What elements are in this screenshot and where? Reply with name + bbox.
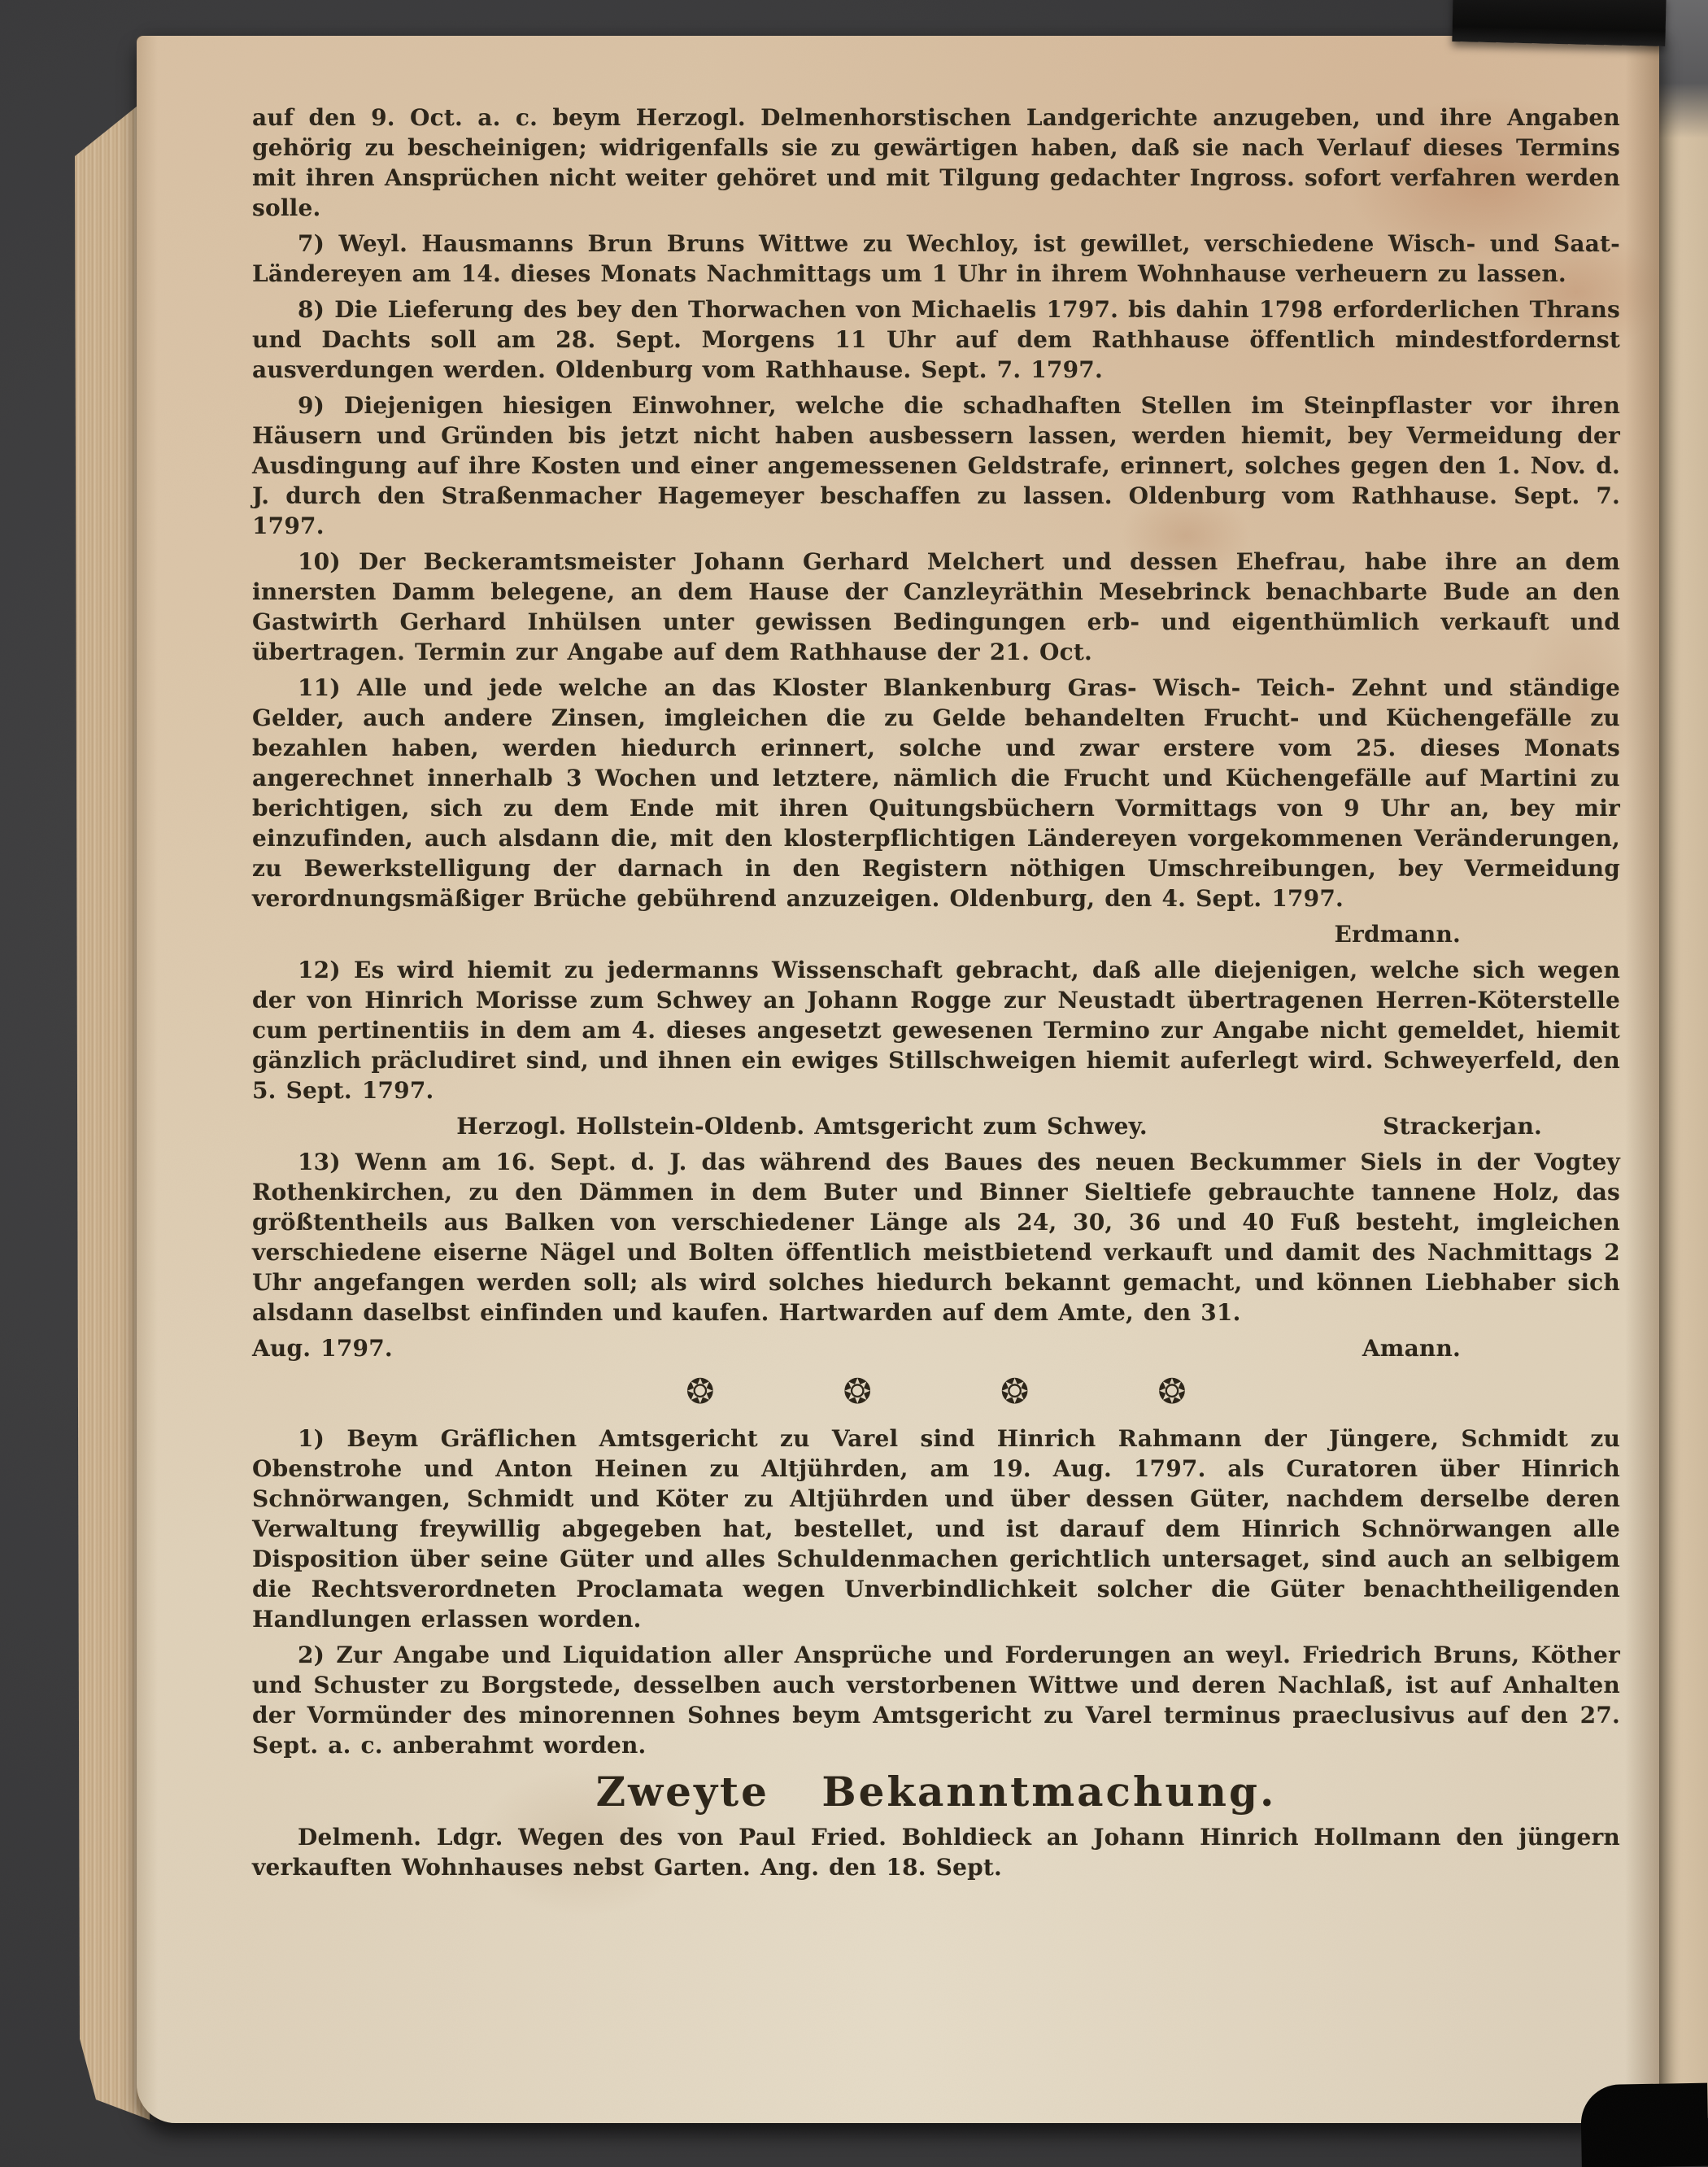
scanned-book-photo: auf den 9. Oct. a. c. beym Herzogl. Delm… bbox=[0, 0, 1708, 2167]
closing-notice: Delmenh. Ldgr. Wegen des von Paul Fried.… bbox=[252, 1822, 1620, 1882]
section-heading: Zweyte Bekanntmachung. bbox=[252, 1768, 1620, 1816]
rosette-ornament-icon: ❂ bbox=[686, 1373, 714, 1411]
next-page-sliver bbox=[1656, 42, 1708, 2118]
varel-announcement-1: 1) Beym Gräflichen Amtsgericht zu Varel … bbox=[252, 1424, 1620, 1634]
item-number: 10) bbox=[298, 548, 341, 575]
bookmark-ribbon bbox=[1452, 0, 1666, 46]
continued-paragraph: auf den 9. Oct. a. c. beym Herzogl. Delm… bbox=[252, 102, 1620, 223]
scan-shadow-corner bbox=[1580, 2083, 1708, 2167]
item-body: Der Beckeramtsmeister Johann Gerhard Mel… bbox=[252, 548, 1620, 665]
signature-erdmann: Erdmann. bbox=[252, 919, 1620, 949]
item-number: 9) bbox=[298, 392, 325, 419]
item-body: Die Lieferung des bey den Thorwachen von… bbox=[252, 296, 1620, 383]
page-text-column: auf den 9. Oct. a. c. beym Herzogl. Delm… bbox=[252, 102, 1620, 1888]
section-divider-ornaments: ❂ ❂ ❂ ❂ bbox=[252, 1373, 1620, 1411]
item-body: Wenn am 16. Sept. d. J. das während des … bbox=[252, 1149, 1620, 1326]
item-body: Alle und jede welche an das Kloster Blan… bbox=[252, 674, 1620, 912]
announcement-8: 8) Die Lieferung des bey den Thorwachen … bbox=[252, 294, 1620, 385]
announcement-9: 9) Diejenigen hiesigen Einwohner, welche… bbox=[252, 390, 1620, 541]
varel-announcement-2: 2) Zur Angabe und Liquidation aller Ansp… bbox=[252, 1640, 1620, 1760]
item-number: 7) bbox=[298, 230, 325, 257]
item-number: 13) bbox=[298, 1149, 341, 1175]
item-number: 11) bbox=[298, 674, 341, 701]
item-number: 12) bbox=[298, 957, 341, 983]
item-body: Diejenigen hiesigen Einwohner, welche di… bbox=[252, 392, 1620, 539]
announcement-7: 7) Weyl. Hausmanns Brun Bruns Wittwe zu … bbox=[252, 229, 1620, 289]
announcement-13: 13) Wenn am 16. Sept. d. J. das während … bbox=[252, 1147, 1620, 1328]
announcement-11: 11) Alle und jede welche an das Kloster … bbox=[252, 673, 1620, 913]
item-body: Weyl. Hausmanns Brun Bruns Wittwe zu Wec… bbox=[252, 230, 1620, 287]
rosette-ornament-icon: ❂ bbox=[1157, 1373, 1186, 1411]
court-name: Herzogl. Hollstein-Oldenb. Amtsgericht z… bbox=[456, 1113, 1148, 1140]
signature-strackerjan: Strackerjan. bbox=[1383, 1111, 1542, 1141]
signature-amann: Amann. bbox=[1362, 1333, 1461, 1363]
item-body: Zur Angabe und Liquidation aller Ansprüc… bbox=[252, 1642, 1620, 1759]
item-body: Beym Gräflichen Amtsgericht zu Varel sin… bbox=[252, 1425, 1620, 1633]
court-attribution-line: Herzogl. Hollstein-Oldenb. Amtsgericht z… bbox=[252, 1111, 1620, 1141]
date-and-signature-line: Aug. 1797. Amann. bbox=[252, 1333, 1620, 1363]
date-tail: Aug. 1797. bbox=[252, 1333, 393, 1363]
rosette-ornament-icon: ❂ bbox=[1000, 1373, 1029, 1411]
item-number: 2) bbox=[298, 1642, 325, 1668]
announcement-12: 12) Es wird hiemit zu jedermanns Wissens… bbox=[252, 955, 1620, 1105]
item-body: Es wird hiemit zu jedermanns Wissenschaf… bbox=[252, 957, 1620, 1104]
item-number: 1) bbox=[298, 1425, 325, 1452]
item-number: 8) bbox=[298, 296, 325, 323]
announcement-10: 10) Der Beckeramtsmeister Johann Gerhard… bbox=[252, 547, 1620, 667]
rosette-ornament-icon: ❂ bbox=[843, 1373, 872, 1411]
